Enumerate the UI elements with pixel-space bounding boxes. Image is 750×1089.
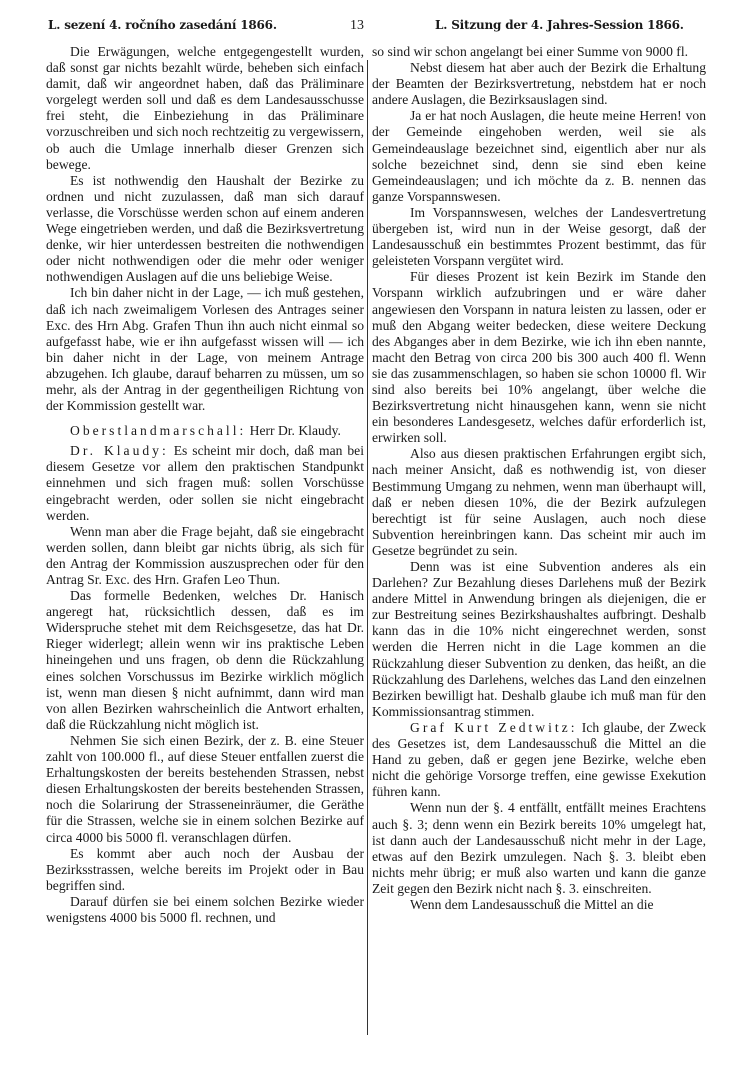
paragraph: Nebst diesem hat aber auch der Bezirk di… [372,60,706,108]
paragraph: Wenn nun der §. 4 entfällt, entfällt mei… [372,800,706,897]
paragraph: Das formelle Bedenken, welches Dr. Hanis… [46,588,364,733]
paragraph: Denn was ist eine Subvention anderes als… [372,559,706,720]
paragraph: Wenn dem Landesausschuß die Mittel an di… [372,897,706,913]
paragraph: Die Erwägungen, welche entgegengestellt … [46,44,364,173]
header-czech: L. sezení 4. ročního zasedání 1866. [48,18,277,32]
column-divider [367,60,368,1035]
speech-paragraph: Graf Kurt Zedtwitz: Ich glaube, der Zwec… [372,720,706,800]
left-column: Die Erwägungen, welche entgegengestellt … [46,44,364,926]
speech-paragraph: Dr. Klaudy: Es scheint mir doch, daß man… [46,443,364,523]
paragraph: Also aus diesen praktischen Erfahrungen … [372,446,706,559]
paragraph: Darauf dürfen sie bei einem solchen Bezi… [46,894,364,926]
paragraph: Ja er hat noch Auslagen, die heute meine… [372,108,706,205]
paragraph: Es kommt aber auch noch der Ausbau der B… [46,846,364,894]
paragraph: Ich bin daher nicht in der Lage, — ich m… [46,285,364,414]
speaker-text: Herr Dr. Klaudy. [246,423,341,438]
speaker-name: Dr. Klaudy: [70,443,169,458]
paragraph: Wenn man aber die Frage bejaht, daß sie … [46,524,364,588]
speaker-name: Oberstlandmarschall: [70,423,246,438]
speaker-name: Graf Kurt Zedtwitz: [410,720,578,735]
paragraph: so sind wir schon angelangt bei einer Su… [372,44,706,60]
paragraph: Für dieses Prozent ist kein Bezirk im St… [372,269,706,446]
paragraph: Nehmen Sie sich einen Bezirk, der z. B. … [46,733,364,846]
paragraph: Es ist nothwendig den Haushalt der Bezir… [46,173,364,286]
paragraph: Im Vorspannswesen, welches der Landesver… [372,205,706,269]
page-header: L. sezení 4. ročního zasedání 1866. 13 L… [48,18,708,38]
page-number: 13 [350,18,364,34]
right-column: so sind wir schon angelangt bei einer Su… [372,44,706,913]
speaker-line: Oberstlandmarschall: Herr Dr. Klaudy. [46,423,364,439]
header-german: L. Sitzung der 4. Jahres-Session 1866. [435,18,684,32]
